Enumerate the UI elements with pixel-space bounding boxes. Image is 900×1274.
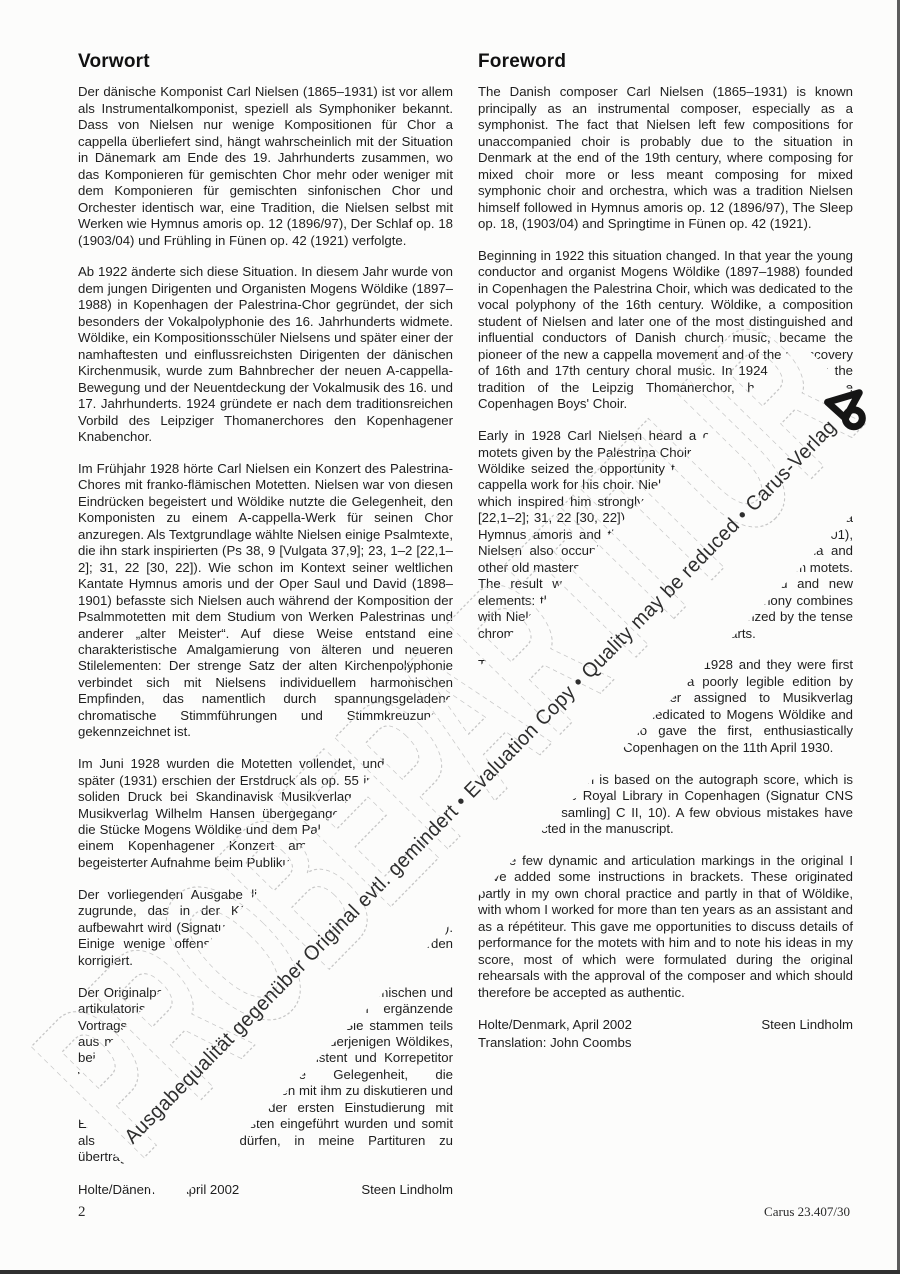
paragraph: Der dänische Komponist Carl Nielsen (186…	[78, 84, 453, 249]
signoff-name: Steen Lindholm	[761, 1017, 853, 1033]
translation-credit: Translation: John Coombs	[478, 1035, 853, 1051]
vorwort-heading: Vorwort	[78, 54, 453, 70]
page-footer: 2 Carus 23.407/30	[78, 1204, 850, 1221]
page-number: 2	[78, 1204, 86, 1221]
signoff-row: Holte/Denmark, April 2002 Steen Lindholm	[478, 1017, 853, 1033]
foreword-heading: Foreword	[478, 54, 853, 70]
edition-number: Carus 23.407/30	[764, 1204, 850, 1220]
page: Vorwort Der dänische Komponist Carl Niel…	[0, 0, 900, 1274]
paragraph: The Danish composer Carl Nielsen (1865–1…	[478, 84, 853, 232]
signoff-place: Holte/Denmark, April 2002	[478, 1017, 632, 1033]
signoff-name: Steen Lindholm	[361, 1182, 453, 1198]
scan-edge-bottom	[0, 1270, 900, 1274]
paragraph: Ab 1922 änderte sich diese Situation. In…	[78, 264, 453, 445]
